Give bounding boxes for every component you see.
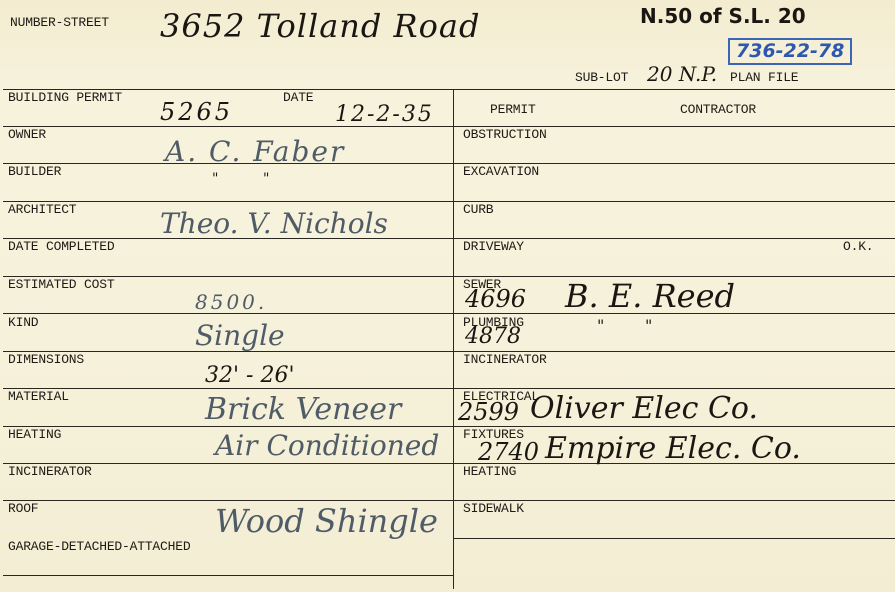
divider — [453, 201, 895, 202]
permit-card: NUMBER-STREET 3652 Tolland Road N.50 of … — [0, 0, 895, 592]
incinerator-label: INCINERATOR — [8, 465, 92, 478]
sewer-contractor-value: B. E. Reed — [565, 280, 735, 312]
electrical-contractor-value: Oliver Elec Co. — [530, 394, 758, 424]
heating-value: Air Conditioned — [215, 432, 439, 460]
number-street-label: NUMBER-STREET — [10, 16, 109, 29]
plumbing-contractor-value: " " — [597, 318, 652, 334]
builder-label: BUILDER — [8, 165, 61, 178]
divider — [3, 89, 895, 90]
heating-permit-label: HEATING — [463, 465, 516, 478]
driveway-label: DRIVEWAY — [463, 240, 524, 253]
estimated-cost-value: 8500. — [195, 292, 267, 312]
sidewalk-label: SIDEWALK — [463, 502, 524, 515]
estimated-cost-label: ESTIMATED COST — [8, 278, 114, 291]
sub-lot-value: 20 N.P. — [647, 64, 717, 84]
dimensions-label: DIMENSIONS — [8, 353, 84, 366]
divider — [3, 388, 453, 389]
excavation-label: EXCAVATION — [463, 165, 539, 178]
sub-lot-label: SUB-LOT — [575, 71, 628, 84]
date-label: DATE — [283, 91, 313, 104]
architect-value: Theo. V. Nichols — [160, 210, 388, 238]
owner-label: OWNER — [8, 128, 46, 141]
divider — [3, 500, 453, 501]
plumbing-permit-value: 4878 — [465, 326, 521, 348]
file-number-stamp: 736-22-78 — [728, 38, 852, 65]
address-value: 3652 Tolland Road — [160, 10, 480, 42]
owner-value: A. C. Faber — [165, 138, 345, 166]
electrical-permit-value: 2599 — [458, 400, 519, 424]
architect-label: ARCHITECT — [8, 203, 76, 216]
driveway-ok-note: O.K. — [843, 240, 873, 253]
heating-label: HEATING — [8, 428, 61, 441]
divider — [453, 538, 895, 539]
builder-value: " " — [212, 172, 269, 186]
building-permit-value: 5265 — [160, 100, 233, 124]
obstruction-label: OBSTRUCTION — [463, 128, 547, 141]
column-divider — [453, 89, 454, 589]
building-permit-label: BUILDING PERMIT — [8, 91, 122, 104]
sewer-permit-value: 4696 — [465, 287, 526, 311]
fixtures-permit-value: 2740 — [478, 440, 539, 464]
curb-label: CURB — [463, 203, 493, 216]
roof-label: ROOF — [8, 502, 38, 515]
lot-note: N.50 of S.L. 20 — [640, 6, 806, 26]
permit-column-header: PERMIT — [490, 103, 536, 116]
dimensions-value: 32' - 26' — [205, 365, 295, 387]
divider — [3, 575, 453, 576]
plan-file-label: PLAN FILE — [730, 71, 798, 84]
fixtures-contractor-value: Empire Elec. Co. — [545, 434, 801, 464]
kind-value: Single — [195, 322, 285, 350]
incinerator-permit-label: INCINERATOR — [463, 353, 547, 366]
material-label: MATERIAL — [8, 390, 69, 403]
material-value: Brick Veneer — [205, 395, 401, 425]
date-value: 12-2-35 — [335, 104, 434, 126]
date-completed-label: DATE COMPLETED — [8, 240, 114, 253]
contractor-column-header: CONTRACTOR — [680, 103, 756, 116]
kind-label: KIND — [8, 316, 38, 329]
garage-label: GARAGE-DETACHED-ATTACHED — [8, 540, 190, 553]
roof-value: Wood Shingle — [215, 505, 438, 537]
